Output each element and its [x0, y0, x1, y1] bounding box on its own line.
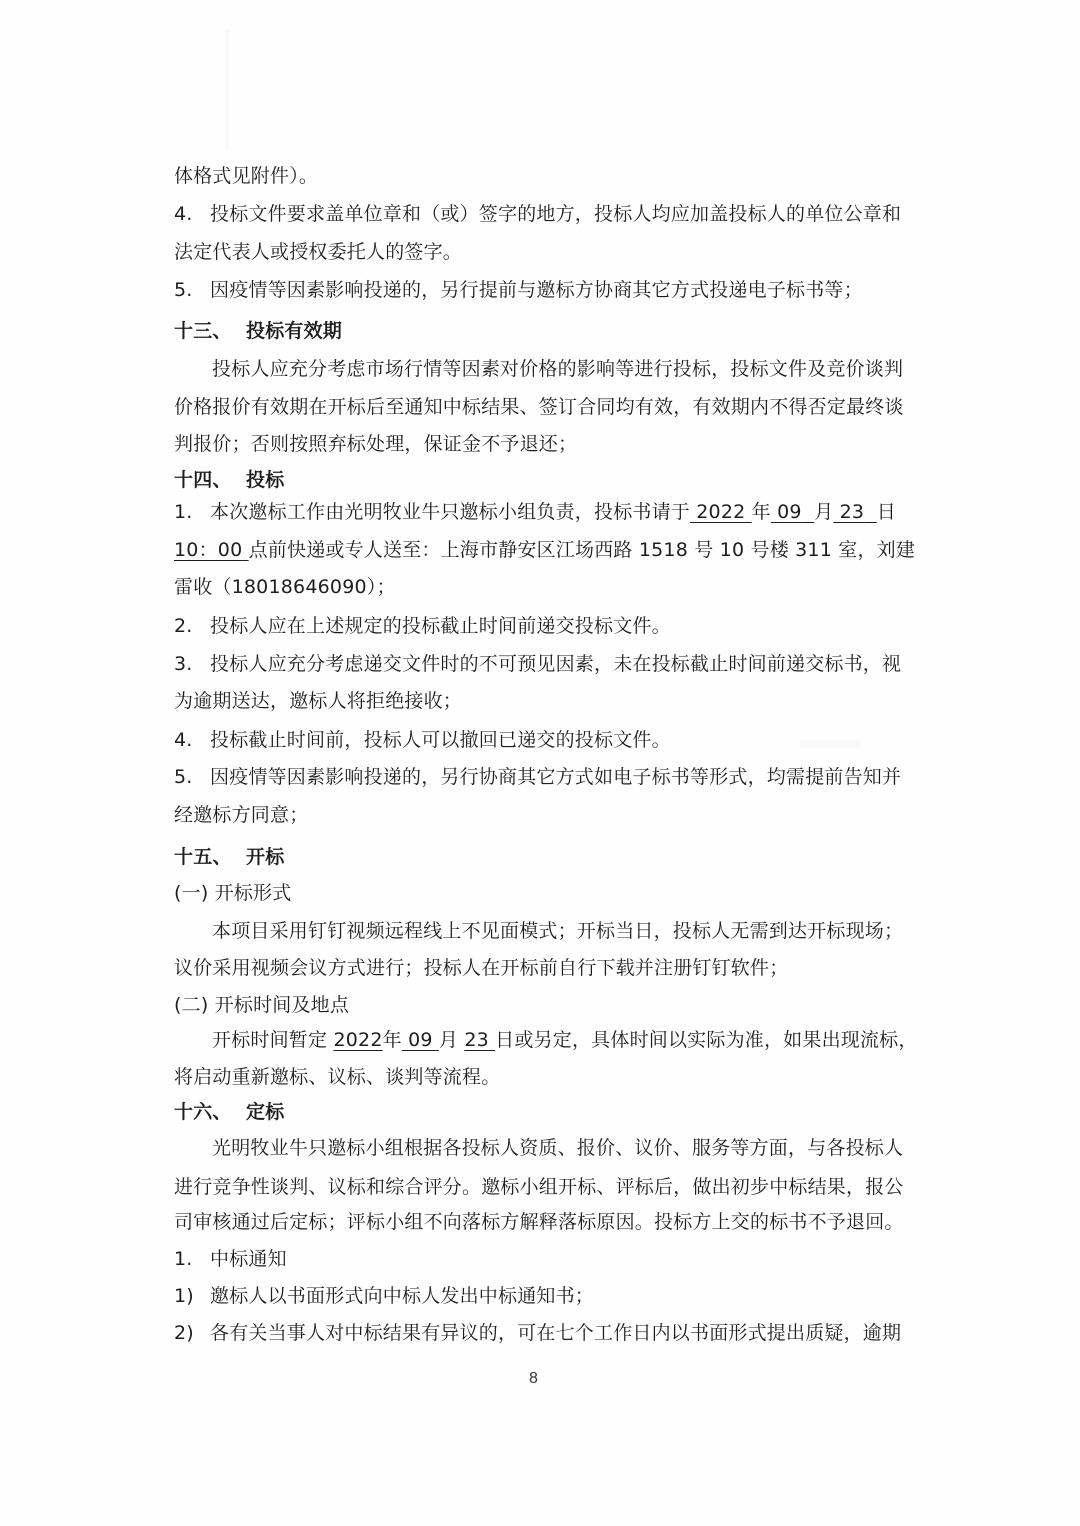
opening-year: 2022	[333, 1029, 382, 1051]
opening-month: 09	[402, 1029, 439, 1051]
text: 光明牧业牛只邀标小组根据各投标人资质、报价、议价、服务等方面，与各投标人	[212, 1137, 903, 1159]
deadline-time: 10：00	[174, 539, 249, 561]
list-number: 2.	[174, 613, 210, 639]
subsection-title: (二) 开标时间及地点	[174, 994, 349, 1016]
section-heading: 十六、定标	[174, 1099, 914, 1125]
deadline-month: 09	[771, 501, 814, 523]
section-title: 投标	[246, 469, 284, 491]
section-heading: 十四、投标	[174, 467, 914, 493]
text: 投标文件要求盖单位章和（或）签字的地方，投标人均应加盖投标人的单位公章和	[210, 203, 901, 225]
list-number: 1.	[174, 1246, 210, 1272]
text: 法定代表人或授权委托人的签字。	[174, 241, 462, 263]
paragraph-line: 体格式见附件）。	[174, 163, 914, 189]
text: 将启动重新邀标、议标、谈判等流程。	[174, 1066, 500, 1088]
text: 日或另定，具体时间以实际为准，如果出现流标，	[495, 1029, 917, 1051]
list-number: 4.	[174, 727, 210, 753]
paragraph-line: 法定代表人或授权委托人的签字。	[174, 239, 914, 265]
text: 为逾期送达，邀标人将拒绝接收；	[174, 690, 462, 712]
list-item: 1.中标通知	[174, 1246, 914, 1272]
text: 投标人应充分考虑递交文件时的不可预见因素，未在投标截止时间前递交标书，视	[210, 653, 901, 675]
list-number: 2)	[174, 1320, 210, 1346]
list-item: 2.投标人应在上述规定的投标截止时间前递交投标文件。	[174, 613, 914, 639]
text: 投标截止时间前，投标人可以撤回已递交的投标文件。	[210, 729, 671, 751]
paragraph-line: 判报价；否则按照弃标处理，保证金不予退还；	[174, 431, 914, 457]
paragraph-line: 价格报价有效期在开标后至通知中标结果、签订合同均有效，有效期内不得否定最终谈	[174, 394, 914, 420]
list-item: 2)各有关当事人对中标结果有异议的，可在七个工作日内以书面形式提出质疑，逾期	[174, 1320, 914, 1346]
list-item: 1)邀标人以书面形式向中标人发出中标通知书；	[174, 1283, 914, 1309]
document-page: 体格式见附件）。 4.投标文件要求盖单位章和（或）签字的地方，投标人均应加盖投标…	[0, 0, 1080, 1526]
text: 雷收（18018646090）；	[174, 576, 396, 598]
paragraph-line: 经邀标方同意；	[174, 802, 914, 828]
text: 月	[814, 501, 833, 523]
list-number: 1.	[174, 499, 210, 525]
list-number: 1)	[174, 1283, 210, 1309]
list-item: 5.因疫情等因素影响投递的，另行提前与邀标方协商其它方式投递电子标书等；	[174, 277, 914, 303]
page-number: 8	[529, 1370, 538, 1388]
subsection-heading: (二) 开标时间及地点	[174, 992, 914, 1018]
text: 体格式见附件）。	[174, 165, 318, 187]
section-number: 十五、	[174, 844, 246, 870]
list-item: 4.投标截止时间前，投标人可以撤回已递交的投标文件。	[174, 727, 914, 753]
list-item: 3.投标人应充分考虑递交文件时的不可预见因素，未在投标截止时间前递交标书，视	[174, 651, 914, 677]
paragraph-line: 本项目采用钉钉视频远程线上不见面模式；开标当日，投标人无需到达开标现场；	[212, 918, 952, 944]
text: 日	[877, 501, 896, 523]
text: 年	[383, 1029, 402, 1051]
paragraph-line: 雷收（18018646090）；	[174, 574, 914, 600]
section-number: 十四、	[174, 467, 246, 493]
section-heading: 十五、开标	[174, 844, 914, 870]
scan-artifact	[225, 30, 229, 150]
text: 中标通知	[210, 1248, 287, 1270]
paragraph-line: 开标时间暂定 2022年 09 月 23 日或另定，具体时间以实际为准，如果出现…	[212, 1027, 952, 1053]
text: 价格报价有效期在开标后至通知中标结果、签订合同均有效，有效期内不得否定最终谈	[174, 396, 904, 418]
section-number: 十六、	[174, 1099, 246, 1125]
paragraph-line: 司审核通过后定标；评标小组不向落标方解释落标原因。投标方上交的标书不予退回。	[174, 1209, 914, 1235]
section-title: 定标	[246, 1101, 284, 1123]
text: 司审核通过后定标；评标小组不向落标方解释落标原因。投标方上交的标书不予退回。	[174, 1211, 904, 1233]
text: 各有关当事人对中标结果有异议的，可在七个工作日内以书面形式提出质疑，逾期	[210, 1322, 901, 1344]
text: 点前快递或专人送至：上海市静安区江场西路 1518 号 10 号楼 311 室，…	[249, 539, 915, 561]
section-number: 十三、	[174, 318, 246, 344]
section-title: 开标	[246, 846, 284, 868]
text: 开标时间暂定	[212, 1029, 327, 1051]
text: 本次邀标工作由光明牧业牛只邀标小组负责，投标书请于	[210, 501, 690, 523]
text: 因疫情等因素影响投递的，另行提前与邀标方协商其它方式投递电子标书等；	[210, 279, 863, 301]
text: 邀标人以书面形式向中标人发出中标通知书；	[210, 1285, 594, 1307]
paragraph-line: 光明牧业牛只邀标小组根据各投标人资质、报价、议价、服务等方面，与各投标人	[212, 1135, 952, 1161]
paragraph-line: 将启动重新邀标、议标、谈判等流程。	[174, 1064, 914, 1090]
text: 经邀标方同意；	[174, 804, 308, 826]
opening-day: 23	[464, 1029, 495, 1051]
paragraph-line: 投标人应充分考虑市场行情等因素对价格的影响等进行投标，投标文件及竞价谈判	[212, 356, 952, 382]
text: 本项目采用钉钉视频远程线上不见面模式；开标当日，投标人无需到达开标现场；	[212, 920, 903, 942]
list-number: 5.	[174, 277, 210, 303]
list-item: 1.本次邀标工作由光明牧业牛只邀标小组负责，投标书请于 2022 年 09 月 …	[174, 499, 914, 525]
paragraph-line: 10：00 点前快递或专人送至：上海市静安区江场西路 1518 号 10 号楼 …	[174, 537, 914, 563]
section-heading: 十三、投标有效期	[174, 318, 914, 344]
text: 因疫情等因素影响投递的，另行协商其它方式如电子标书等形式，均需提前告知并	[210, 766, 901, 788]
list-number: 4.	[174, 201, 210, 227]
list-item: 4.投标文件要求盖单位章和（或）签字的地方，投标人均应加盖投标人的单位公章和	[174, 201, 914, 227]
paragraph-line: 进行竞争性谈判、议标和综合评分。邀标小组开标、评标后，做出初步中标结果，报公	[174, 1174, 914, 1200]
text: 进行竞争性谈判、议标和综合评分。邀标小组开标、评标后，做出初步中标结果，报公	[174, 1176, 904, 1198]
text: 议价采用视频会议方式进行；投标人在开标前自行下载并注册钉钉软件；	[174, 957, 788, 979]
text: 投标人应充分考虑市场行情等因素对价格的影响等进行投标，投标文件及竞价谈判	[212, 358, 903, 380]
list-number: 3.	[174, 651, 210, 677]
list-number: 5.	[174, 764, 210, 790]
subsection-heading: (一) 开标形式	[174, 880, 914, 906]
paragraph-line: 议价采用视频会议方式进行；投标人在开标前自行下载并注册钉钉软件；	[174, 955, 914, 981]
paragraph-line: 为逾期送达，邀标人将拒绝接收；	[174, 688, 914, 714]
section-title: 投标有效期	[246, 320, 342, 342]
text: 投标人应在上述规定的投标截止时间前递交投标文件。	[210, 615, 671, 637]
text: 判报价；否则按照弃标处理，保证金不予退还；	[174, 433, 577, 455]
deadline-year: 2022	[690, 501, 752, 523]
text: 年	[752, 501, 771, 523]
list-item: 5.因疫情等因素影响投递的，另行协商其它方式如电子标书等形式，均需提前告知并	[174, 764, 914, 790]
deadline-day: 23	[833, 501, 876, 523]
text: 月	[439, 1029, 458, 1051]
subsection-title: (一) 开标形式	[174, 882, 291, 904]
